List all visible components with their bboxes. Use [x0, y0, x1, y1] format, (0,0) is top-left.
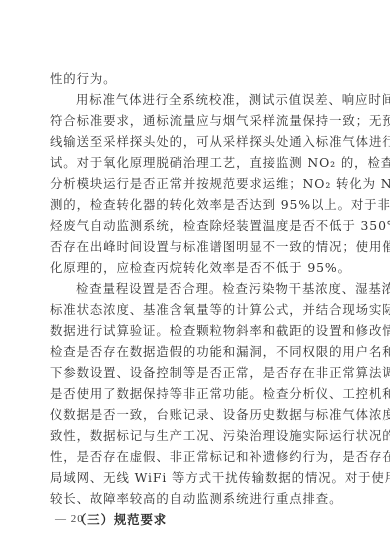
text-line: 较长、故障率较高的自动监测系统进行重点排查。	[50, 488, 342, 509]
text-line: 用标准气体进行全系统校准，测试示值误差、响应时间是否	[50, 89, 342, 110]
text-line: 性，是否存在虚假、非正常标记和补遗修约行为，是否存在使用	[50, 446, 342, 467]
page-number: — 20 —	[55, 511, 100, 527]
text-line: 线输送至采样探头处的，可从采样探头处通入标准气体进行测	[50, 131, 342, 152]
text-line: 致性，数据标记与生产工况、污染治理设施实际运行状况的逻辑	[50, 425, 342, 446]
text-line: 仪数据是否一致，台账记录、设备历史数据与标准气体浓度的一	[50, 404, 342, 425]
text-line: 符合标准要求，通标流量应与烟气采样流量保持一致；无预设管	[50, 110, 342, 131]
text-line: 性的行为。	[50, 68, 342, 89]
text-line: 检查量程设置是否合理。检查污染物干基浓度、湿基浓度、	[50, 278, 342, 299]
text-line: 局域网、无线 WiFi 等方式干扰传输数据的情况。对于使用年限	[50, 467, 342, 488]
text-line: 数据进行试算验证。检查颗粒物斜率和截距的设置和修改情况。	[50, 320, 342, 341]
text-line: 检查是否存在数据造假的功能和漏洞，不同权限的用户名和密码	[50, 341, 342, 362]
text-line: 是否使用了数据保持等非正常功能。检查分析仪、工控机和数采	[50, 383, 342, 404]
document-page: 性的行为。 用标准气体进行全系统校准，测试示值误差、响应时间是否 符合标准要求，…	[0, 0, 390, 551]
text-line: 化原理的，应检查丙烷转化效率是否不低于 95%。	[50, 257, 342, 278]
text-line: 分析模块运行是否正常并按规范要求运维；NO₂ 转化为 NO 后监	[50, 173, 342, 194]
body-text: 性的行为。 用标准气体进行全系统校准，测试示值误差、响应时间是否 符合标准要求，…	[50, 68, 342, 530]
text-line: 标准状态浓度、基准含氧量等的计算公式，并结合现场实际监测	[50, 299, 342, 320]
text-line: 测的，检查转化器的转化效率是否达到 95%以上。对于非甲烷总	[50, 194, 342, 215]
text-line: 试。对于氧化原理脱硝治理工艺，直接监测 NO₂ 的，检查 NO₂	[50, 152, 342, 173]
text-line: 下参数设置、设备控制等是否正常，是否存在非正常算法调整，	[50, 362, 342, 383]
text-line: 烃废气自动监测系统，检查除烃装置温度是否不低于 350℃，是	[50, 215, 342, 236]
text-line: 否存在出峰时间设置与标准谱图明显不一致的情况；使用催化氧	[50, 236, 342, 257]
